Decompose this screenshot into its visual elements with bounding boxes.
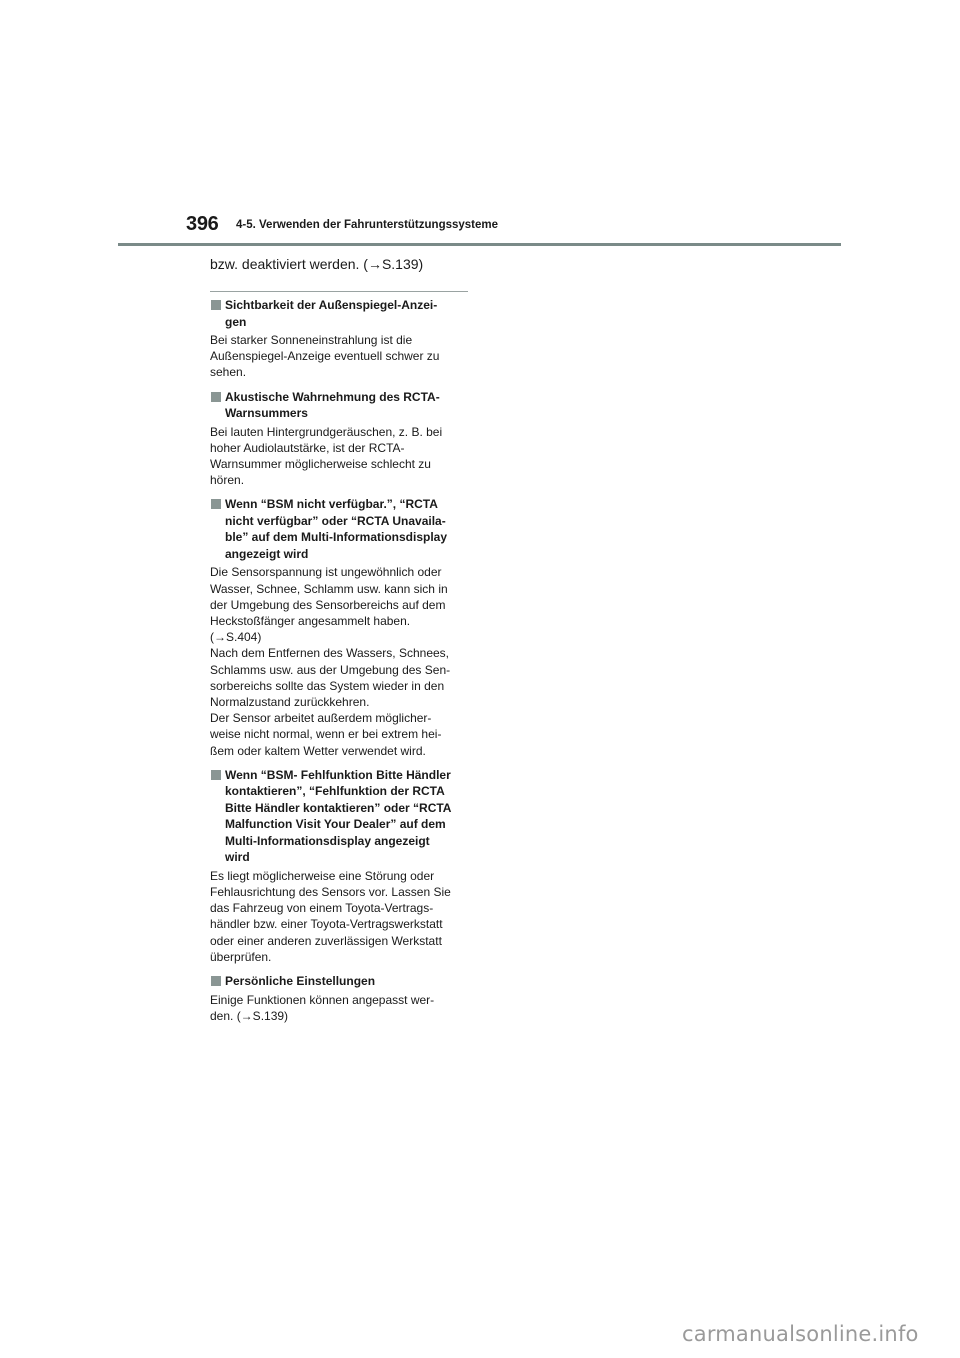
chapter-title: 4-5. Verwenden der Fahrunterstützungssys…: [236, 219, 498, 231]
square-bullet-icon: [211, 392, 221, 402]
section-rcta-buzzer: Akustische Wahrnehmung des RCTA- Warnsum…: [210, 389, 470, 489]
watermark: carmanualsonline.info: [682, 1322, 919, 1346]
section-body: Es liegt möglicherweise eine Störung ode…: [210, 868, 470, 965]
section-mirror-visibility: Sichtbarkeit der Außenspiegel-Anzei- gen…: [210, 297, 470, 381]
page-number: 396: [186, 213, 218, 236]
section-heading: Wenn “BSM nicht verfügbar.”, “RCTA nicht…: [210, 496, 470, 562]
content-column: Sichtbarkeit der Außenspiegel-Anzei- gen…: [210, 297, 470, 1032]
section-heading-text: Wenn “BSM- Fehlfunktion Bitte Händler ko…: [225, 768, 451, 865]
section-heading-text: Akustische Wahrnehmung des RCTA- Warnsum…: [225, 390, 440, 421]
section-divider: [210, 291, 468, 292]
section-heading-text: Persönliche Einstellungen: [225, 974, 375, 988]
paragraph: Nach dem Entfernen des Wassers, Schnees,…: [210, 645, 470, 710]
section-personal-settings: Persönliche Einstellungen Einige Funktio…: [210, 973, 470, 1024]
square-bullet-icon: [211, 499, 221, 509]
section-body: Bei starker Sonneneinstrahlung ist die A…: [210, 332, 470, 381]
paragraph: Es liegt möglicherweise eine Störung ode…: [210, 868, 470, 965]
section-body: Einige Funktionen können angepasst wer- …: [210, 992, 470, 1024]
section-bsm-unavailable: Wenn “BSM nicht verfügbar.”, “RCTA nicht…: [210, 496, 470, 758]
section-heading: Akustische Wahrnehmung des RCTA- Warnsum…: [210, 389, 470, 422]
paragraph: Die Sensorspannung ist ungewöhnlich oder…: [210, 564, 470, 645]
paragraph: Der Sensor arbeitet außerdem möglicher- …: [210, 710, 470, 759]
paragraph: Bei starker Sonneneinstrahlung ist die A…: [210, 332, 470, 381]
section-heading: Sichtbarkeit der Außenspiegel-Anzei- gen: [210, 297, 470, 330]
square-bullet-icon: [211, 300, 221, 310]
section-body: Die Sensorspannung ist ungewöhnlich oder…: [210, 564, 470, 758]
section-bsm-malfunction: Wenn “BSM- Fehlfunktion Bitte Händler ko…: [210, 767, 470, 965]
section-heading: Persönliche Einstellungen: [210, 973, 470, 990]
paragraph: Bei lauten Hintergrundgeräuschen, z. B. …: [210, 424, 470, 489]
square-bullet-icon: [211, 770, 221, 780]
paragraph: Einige Funktionen können angepasst wer- …: [210, 992, 470, 1024]
section-heading: Wenn “BSM- Fehlfunktion Bitte Händler ko…: [210, 767, 470, 866]
section-heading-text: Sichtbarkeit der Außenspiegel-Anzei- gen: [225, 298, 437, 329]
square-bullet-icon: [211, 976, 221, 986]
header-divider: [118, 243, 841, 246]
section-heading-text: Wenn “BSM nicht verfügbar.”, “RCTA nicht…: [225, 497, 447, 561]
section-body: Bei lauten Hintergrundgeräuschen, z. B. …: [210, 424, 470, 489]
continuation-text: bzw. deaktiviert werden. (→S.139): [210, 256, 423, 272]
